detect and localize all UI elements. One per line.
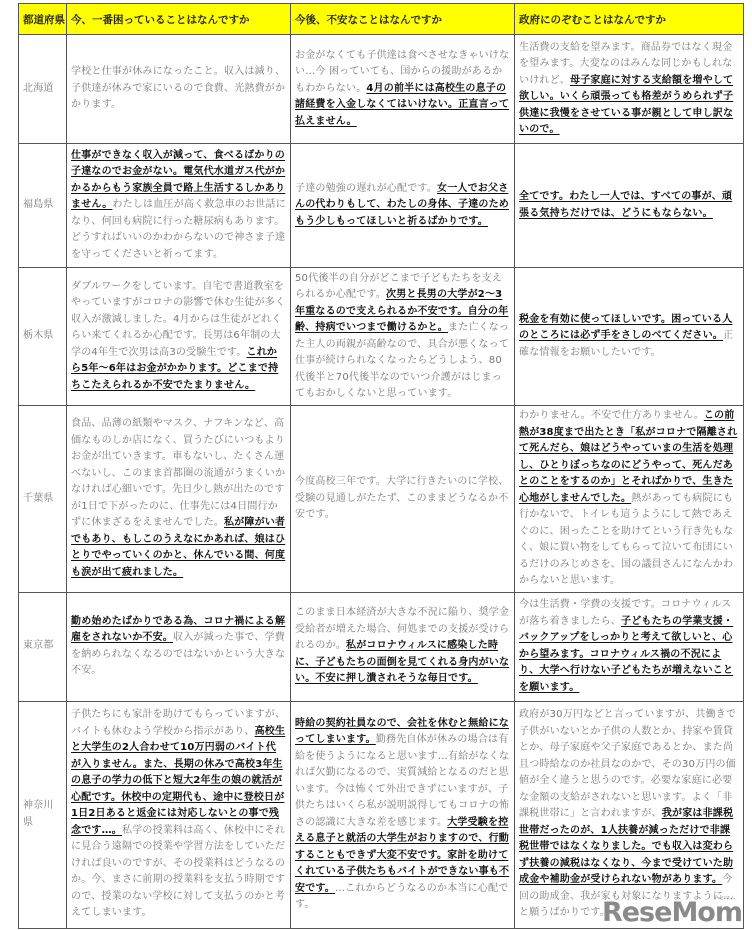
- future-cell: 50代後半の自分がどこまで子どもたちを支えられるか心配です。次男と長男の大学が2…: [291, 268, 515, 406]
- future-cell: 時給の契約社員なので、会社を休むと無給になってしまいます。勤務先自体が休みの場合…: [291, 701, 515, 928]
- table-row: 栃木県ダブルワークをしています。自宅で書道教室をやっていますがコロナの影響で休む…: [19, 268, 744, 406]
- request-cell: 税金を有効に使ってほしいです。困っている人のところには必ず手をさしのべてください…: [515, 268, 744, 406]
- survey-table: 都道府県 今、一番困っていることはなんですか 今後、不安なことはなんですか 政府…: [18, 3, 744, 929]
- request-cell: わかりません。不安で仕方ありません。この前熱が38度まで出たとき「私がコロナで隔…: [515, 406, 744, 593]
- table-row: 神奈川県子供たちにも家計を助けてもらっていますが、バイトも休むよう学校から指示が…: [19, 701, 744, 928]
- body-text: 勤務先自体が休みの場合は有給を使うようになると思います…有給がなくなれば欠勤にな…: [295, 734, 509, 828]
- emphasized-text: 高校生と大学生の2人合わせて10万円弱のバイト代が入りません。また、長期の休みで…: [71, 726, 285, 836]
- emphasized-text: 税金を有効に使ってほしいです。困っている人のところには必ず手をさしのべてください…: [519, 314, 732, 342]
- prefecture-cell: 北海道: [19, 35, 67, 144]
- table-row: 東京都勤め始めたばかりである為、コロナ禍による解雇をされないか不安。収入が減った…: [19, 592, 744, 701]
- request-cell: 今は生活費・学費の支援です。コロナウィルスが落ち着きましたら、子どもたちの学業支…: [515, 592, 744, 701]
- body-text: 熱があっても病院にも行かないで、トイレも這うようにして熱であえぐのに、困ったこと…: [519, 493, 733, 587]
- current-cell: 仕事ができなく収入が減って、食べるばかりの子達なのでお金がない。電気代水道ガス代…: [67, 144, 291, 268]
- resemom-logo: ReseMom リセマム: [602, 897, 742, 928]
- header-future-anxiety: 今後、不安なことはなんですか: [291, 4, 515, 35]
- request-cell: 政府が30万円などと言っていますが、共働きで子供がいないとか子供の人数とか、持家…: [515, 701, 744, 928]
- body-text: 政府が30万円などと言っていますが、共働きで子供がいないとか子供の人数とか、持家…: [519, 709, 736, 819]
- table-row: 千葉県食品、品薄の紙類やマスク、ナフキンなど、高価なものしか店になく、買うたびに…: [19, 406, 744, 593]
- prefecture-cell: 東京都: [19, 592, 67, 701]
- body-text: 今度高校三年です。大学に行きたいのに学校、受験の見通しがたたず、このままどうなる…: [295, 476, 508, 520]
- prefecture-cell: 福島県: [19, 144, 67, 268]
- body-text: 私学の授業料は高く、休校中にそれに見合う遠隔での授業や学習方法をしていただければ…: [71, 825, 285, 919]
- future-cell: 今度高校三年です。大学に行きたいのに学校、受験の見通しがたたず、このままどうなる…: [291, 406, 515, 593]
- current-cell: 学校と仕事が休みになったこと。収入は減り、子供達が休みで家にいるので食費、光熱費…: [67, 35, 291, 144]
- prefecture-cell: 千葉県: [19, 406, 67, 593]
- header-row: 都道府県 今、一番困っていることはなんですか 今後、不安なことはなんですか 政府…: [19, 4, 744, 35]
- body-text: また亡くなった主人の両親が高齢なので、具合が悪くなって仕事が続けられなくなったら…: [295, 322, 509, 399]
- header-prefecture: 都道府県: [19, 4, 67, 35]
- table-row: 北海道学校と仕事が休みになったこと。収入は減り、子供達が休みで家にいるので食費、…: [19, 35, 744, 144]
- current-cell: 子供たちにも家計を助けてもらっていますが、バイトも休むよう学校から指示があり、高…: [67, 701, 291, 928]
- body-text: 子達の勉強の遅れが心配です。: [295, 183, 437, 194]
- future-cell: このまま日本経済が大きな不況に陥り、奨学金受給者が増えた場合、何処までの支援が受…: [291, 592, 515, 701]
- emphasized-text: この前熱が38度まで出たとき「私がコロナで隔離されて死んだら、娘はどうやっていま…: [519, 410, 737, 504]
- body-text: わかりません。不安で仕方ありません。: [519, 410, 704, 421]
- current-cell: ダブルワークをしています。自宅で書道教室をやっていますがコロナの影響で休む生徒が…: [67, 268, 291, 406]
- prefecture-cell: 栃木県: [19, 268, 67, 406]
- future-cell: 子達の勉強の遅れが心配です。女一人でお父さんの代わりもして、わたしの身体、子達の…: [291, 144, 515, 268]
- body-text: 学校と仕事が休みになったこと。収入は減り、子供達が休みで家にいるので食費、光熱費…: [71, 66, 285, 110]
- body-text: 食品、品薄の紙類やマスク、ナフキンなど、高価なものしか店になく、買うたびにいつも…: [71, 418, 285, 528]
- emphasized-text: 我が家は非課税世帯だったのが、1人扶養が減っただけで非課税世帯ではなくなりました…: [519, 808, 733, 885]
- body-text: 子供たちにも家計を助けてもらっていますが、バイトも休むよう学校から指示があり、: [71, 709, 285, 737]
- table-row: 福島県仕事ができなく収入が減って、食べるばかりの子達なのでお金がない。電気代水道…: [19, 144, 744, 268]
- request-cell: 生活費の支給を望みます。商品券ではなく現金を望みます。大変なのはみんな同じかもし…: [515, 35, 744, 144]
- header-government-request: 政府にのぞむことはなんですか: [515, 4, 744, 35]
- header-current-trouble: 今、一番困っていることはなんですか: [67, 4, 291, 35]
- request-cell: 全てです。わたし一人では、すべての事が、頑張る気持ちだけでは、どうにもならない。: [515, 144, 744, 268]
- logo-subtext: リセマム: [712, 893, 736, 902]
- current-cell: 食品、品薄の紙類やマスク、ナフキンなど、高価なものしか店になく、買うたびにいつも…: [67, 406, 291, 593]
- current-cell: 勤め始めたばかりである為、コロナ禍による解雇をされないか不安。収入が減った事で、…: [67, 592, 291, 701]
- emphasized-text: 子どもたちの学業支援・バックアップをしっかりと考えて欲しいと、心から望みます。コ…: [519, 616, 733, 693]
- prefecture-cell: 神奈川県: [19, 701, 67, 928]
- emphasized-text: 全てです。わたし一人では、すべての事が、頑張る気持ちだけでは、どうにもならない。: [519, 191, 732, 219]
- future-cell: お金がなくても子供達は食べさせなきゃいけない…今 困っていても、国からの援助があ…: [291, 35, 515, 144]
